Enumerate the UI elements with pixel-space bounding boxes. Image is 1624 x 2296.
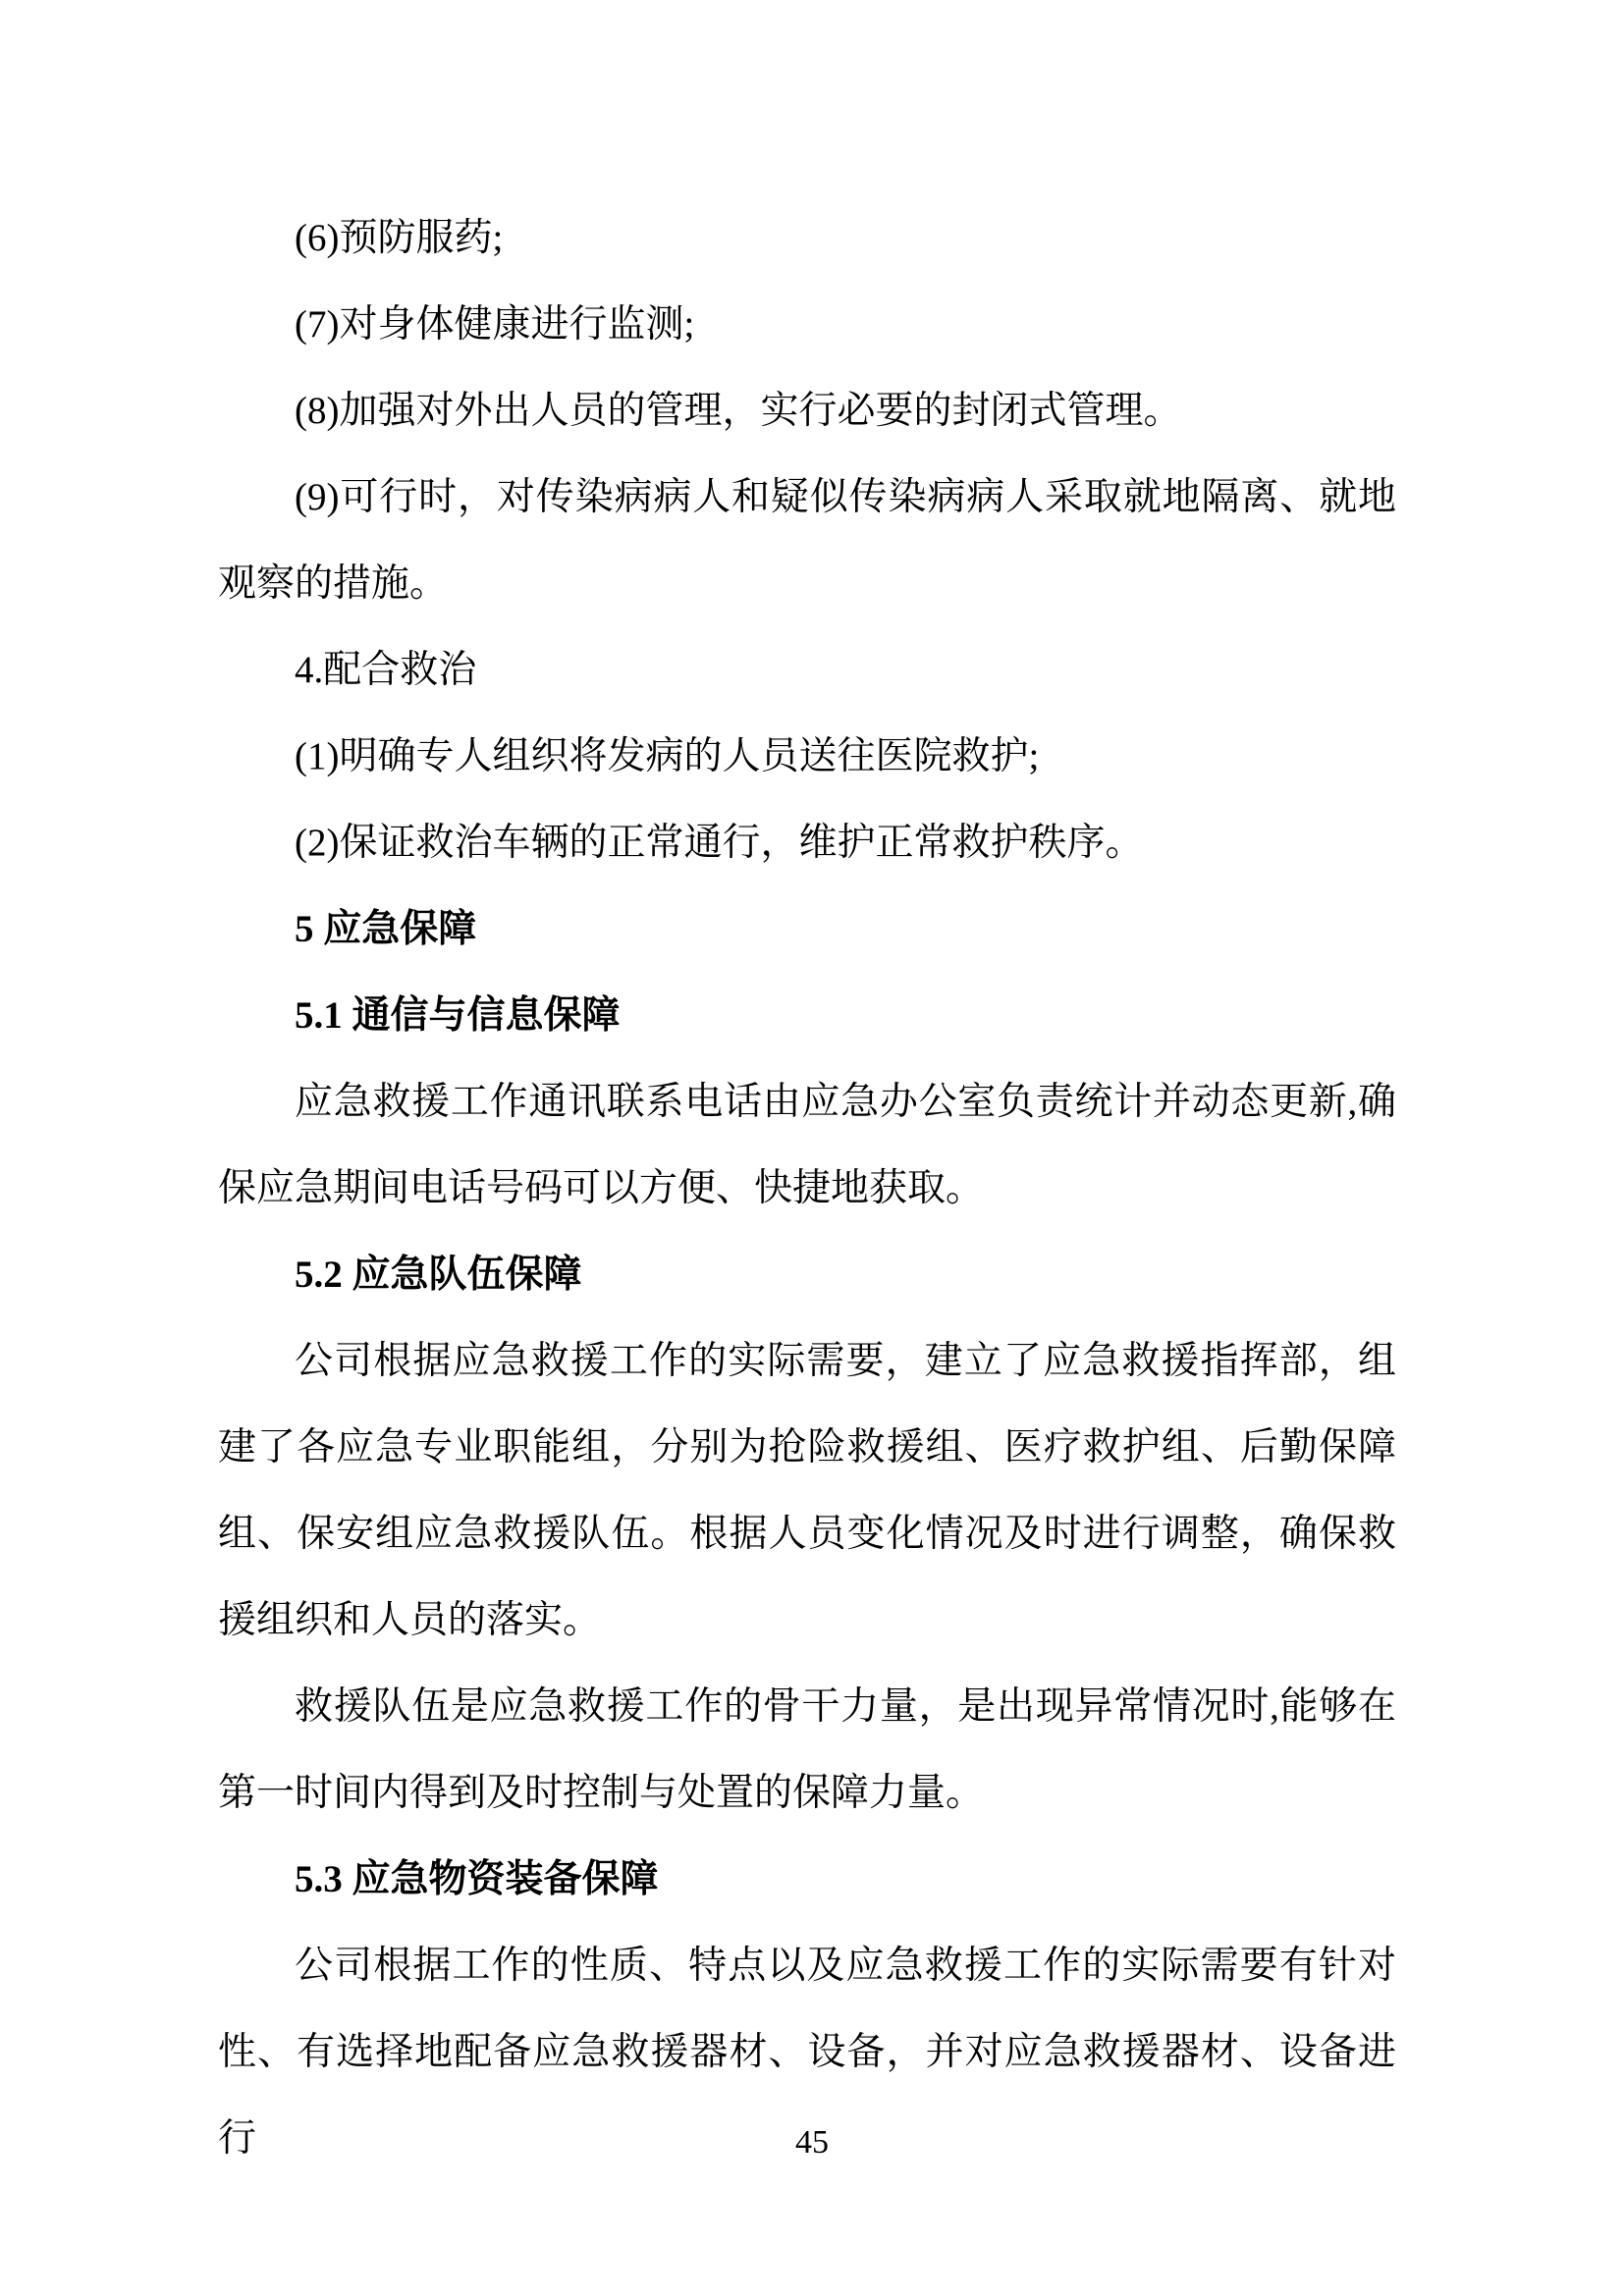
page-content: (6)预防服药; (7)对身体健康进行监测; (8)加强对外出人员的管理，实行必…	[218, 195, 1396, 2182]
paragraph: 公司根据应急救援工作的实际需要，建立了应急救援指挥部，组建了各应急专业职能组，分…	[218, 1318, 1396, 1664]
paragraph: 救援队伍是应急救援工作的骨干力量，是出现异常情况时,能够在第一时间内得到及时控制…	[218, 1664, 1396, 1837]
paragraph: (9)可行时，对传染病病人和疑似传染病病人采取就地隔离、就地观察的措施。	[218, 454, 1396, 627]
paragraph: (1)明确专人组织将发病的人员送往医院救护;	[218, 714, 1396, 800]
section-heading: 5.2 应急队伍保障	[218, 1232, 1396, 1318]
section-heading: 5.1 通信与信息保障	[218, 973, 1396, 1059]
paragraph: 应急救援工作通讯联系电话由应急办公室负责统计并动态更新,确保应急期间电话号码可以…	[218, 1059, 1396, 1232]
section-heading: 5.3 应急物资装备保障	[218, 1837, 1396, 1923]
paragraph: (6)预防服药;	[218, 195, 1396, 282]
document-page: (6)预防服药; (7)对身体健康进行监测; (8)加强对外出人员的管理，实行必…	[0, 0, 1624, 2296]
paragraph: 4.配合救治	[218, 627, 1396, 714]
section-heading: 5 应急保障	[218, 886, 1396, 973]
paragraph: (8)加强对外出人员的管理，实行必要的封闭式管理。	[218, 368, 1396, 454]
paragraph: (2)保证救治车辆的正常通行，维护正常救护秩序。	[218, 800, 1396, 886]
page-number: 45	[0, 2118, 1624, 2167]
paragraph: (7)对身体健康进行监测;	[218, 282, 1396, 368]
